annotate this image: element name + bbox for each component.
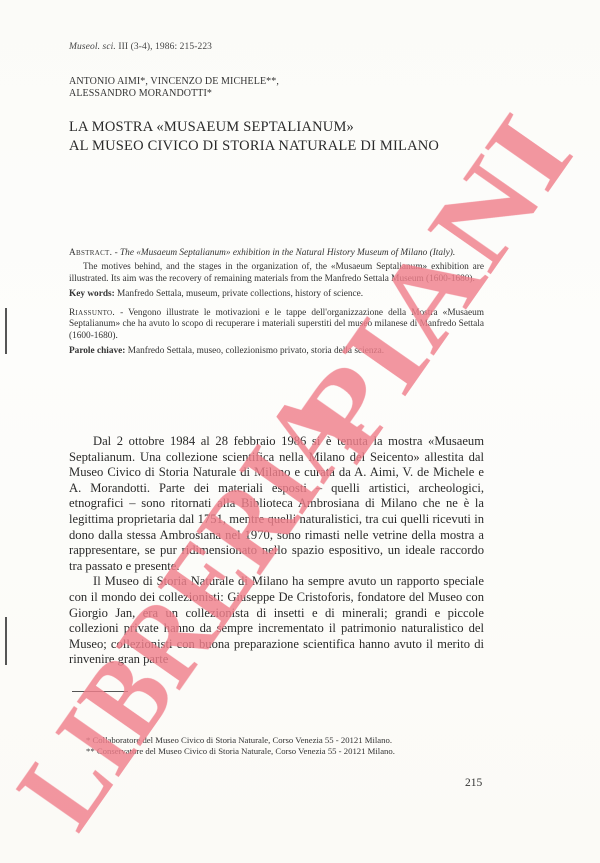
journal-name: Museol. sci. [69, 42, 116, 52]
parole-chiave-value: Manfredo Settala, museo, collezionismo p… [125, 346, 384, 356]
journal-citation: Museol. sci. III (3-4), 1986: 215-223 [69, 42, 212, 52]
title-line-2: AL MUSEO CIVICO DI STORIA NATURALE DI MI… [69, 137, 439, 156]
margin-mark [5, 617, 7, 665]
abstract-dash: - [112, 248, 120, 258]
footnote-divider [72, 691, 128, 692]
abstract-heading: Abstract. - The «Musaeum Septalianum» ex… [69, 248, 484, 259]
abstract-text: The motives behind, and the stages in th… [69, 262, 484, 285]
abstract-keywords: Key words: Manfredo Settala, museum, pri… [69, 289, 484, 300]
page-number: 215 [465, 777, 482, 789]
authors-line-1: ANTONIO AIMI*, VINCENZO DE MICHELE**, [69, 76, 279, 88]
abstract-english-title: The «Musaeum Septalianum» exhibition in … [120, 248, 455, 258]
parole-chiave-label: Parole chiave: [69, 346, 125, 356]
footnote-1: * Collaboratore del Museo Civico di Stor… [86, 735, 484, 746]
abstract-label: Abstract. [69, 248, 112, 258]
body-paragraph-1: Dal 2 ottobre 1984 al 28 febbraio 1986 s… [69, 434, 484, 574]
article-title: LA MOSTRA «MUSAEUM SEPTALIANUM» AL MUSEO… [69, 118, 439, 156]
title-line-1: LA MOSTRA «MUSAEUM SEPTALIANUM» [69, 118, 439, 137]
margin-mark [5, 308, 7, 354]
body-paragraph-2: Il Museo di Storia Naturale di Milano ha… [69, 574, 484, 668]
riassunto-keywords: Parole chiave: Manfredo Settala, museo, … [69, 346, 484, 357]
authors-line-2: ALESSANDRO MORANDOTTI* [69, 88, 279, 100]
author-list: ANTONIO AIMI*, VINCENZO DE MICHELE**, AL… [69, 76, 279, 100]
article-body: Dal 2 ottobre 1984 al 28 febbraio 1986 s… [69, 434, 484, 668]
keywords-value: Manfredo Settala, museum, private collec… [115, 289, 363, 299]
footnotes: * Collaboratore del Museo Civico di Stor… [86, 735, 484, 757]
riassunto-text: Riassunto. - Vengono illustrate le motiv… [69, 308, 484, 342]
keywords-label: Key words: [69, 289, 115, 299]
footnote-2: ** Conservatore del Museo Civico di Stor… [86, 746, 484, 757]
riassunto-label: Riassunto. [69, 308, 115, 318]
abstract-section: Abstract. - The «Musaeum Septalianum» ex… [69, 248, 484, 357]
journal-reference: III (3-4), 1986: 215-223 [118, 42, 212, 52]
riassunto-body: - Vengono illustrate le motivazioni e le… [69, 308, 484, 341]
document-page: Museol. sci. III (3-4), 1986: 215-223 AN… [0, 0, 600, 863]
